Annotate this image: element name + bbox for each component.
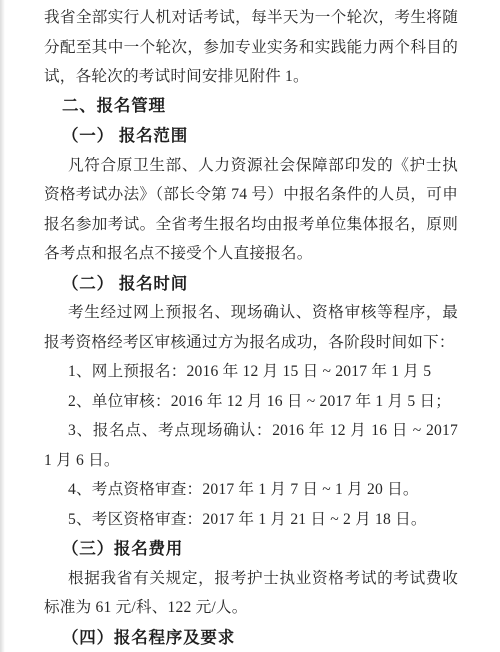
list-item-unit-review: 2、单位审核：2016 年 12 月 16 日 ~ 2017 年 1 月 5 日… xyxy=(44,387,458,417)
text-line: 1 月 6 日。 xyxy=(44,446,458,476)
scan-edge-shading xyxy=(0,0,5,652)
list-item-district-qualification-review: 5、考区资格审查：2017 年 1 月 21 日 ~ 2 月 18 日。 xyxy=(44,505,458,535)
document-page: 我省全部实行人机对话考试，每半天为一个轮次，考生将随机 分配至其中一个轮次，参加… xyxy=(0,0,500,652)
section-heading-registration-management: 二、报名管理 xyxy=(44,92,458,122)
subsection-heading-registration-scope: （一） 报名范围 xyxy=(44,121,458,151)
heading-line: 二、报名管理 xyxy=(44,92,458,122)
text-line: 分配至其中一个轮次，参加专业实务和实践能力两个科目的考 xyxy=(44,33,458,63)
list-item-site-qualification-review: 4、考点资格审查：2017 年 1 月 7 日 ~ 1 月 20 日。 xyxy=(44,475,458,505)
heading-line: （四）报名程序及要求 xyxy=(44,623,458,652)
text-line: 凡符合原卫生部、人力资源社会保障部印发的《护士执业 xyxy=(44,151,458,181)
heading-line: （一） 报名范围 xyxy=(44,121,458,151)
heading-line: （三）报名费用 xyxy=(44,534,458,564)
text-line: 4、考点资格审查：2017 年 1 月 7 日 ~ 1 月 20 日。 xyxy=(44,475,458,505)
paragraph-registration-scope: 凡符合原卫生部、人力资源社会保障部印发的《护士执业 资格考试办法》（部长令第 7… xyxy=(44,151,458,269)
list-item-onsite-confirmation: 3、报名点、考点现场确认：2016 年 12 月 16 日 ~ 2017 年 1… xyxy=(44,416,458,475)
subsection-heading-registration-fee: （三）报名费用 xyxy=(44,534,458,564)
text-line: 根据我省有关规定，报考护士执业资格考试的考试费收费 xyxy=(44,564,458,594)
paragraph-registration-procedure-intro: 考生经过网上预报名、现场确认、资格审核等程序，最终 报考资格经考区审核通过方为报… xyxy=(44,298,458,357)
text-line: 3、报名点、考点现场确认：2016 年 12 月 16 日 ~ 2017 年 xyxy=(44,416,458,446)
text-line: 2、单位审核：2016 年 12 月 16 日 ~ 2017 年 1 月 5 日… xyxy=(44,387,458,417)
paragraph-registration-fee: 根据我省有关规定，报考护士执业资格考试的考试费收费 标准为 61 元/科、122… xyxy=(44,564,458,623)
subsection-heading-registration-time: （二） 报名时间 xyxy=(44,269,458,299)
paragraph-exam-rounds: 我省全部实行人机对话考试，每半天为一个轮次，考生将随机 分配至其中一个轮次，参加… xyxy=(44,3,458,92)
list-item-online-preregistration: 1、网上预报名：2016 年 12 月 15 日 ~ 2017 年 1 月 5 … xyxy=(44,357,458,387)
text-line: 报考资格经考区审核通过方为报名成功，各阶段时间如下： xyxy=(44,328,458,358)
text-line: 标准为 61 元/科、122 元/人。 xyxy=(44,593,458,623)
text-line: 1、网上预报名：2016 年 12 月 15 日 ~ 2017 年 1 月 5 … xyxy=(44,357,458,387)
text-line: 资格考试办法》（部长令第 74 号）中报名条件的人员，可申请 xyxy=(44,180,458,210)
subsection-heading-registration-procedure-requirements: （四）报名程序及要求 xyxy=(44,623,458,652)
text-line: 5、考区资格审查：2017 年 1 月 21 日 ~ 2 月 18 日。 xyxy=(44,505,458,535)
text-line: 考生经过网上预报名、现场确认、资格审核等程序，最终 xyxy=(44,298,458,328)
text-line: 各考点和报名点不接受个人直接报名。 xyxy=(44,239,458,269)
text-line: 报名参加考试。全省考生报名均由报考单位集体报名，原则上 xyxy=(44,210,458,240)
heading-line: （二） 报名时间 xyxy=(44,269,458,299)
text-line: 我省全部实行人机对话考试，每半天为一个轮次，考生将随机 xyxy=(44,3,458,33)
text-line: 试，各轮次的考试时间安排见附件 1。 xyxy=(44,62,458,92)
